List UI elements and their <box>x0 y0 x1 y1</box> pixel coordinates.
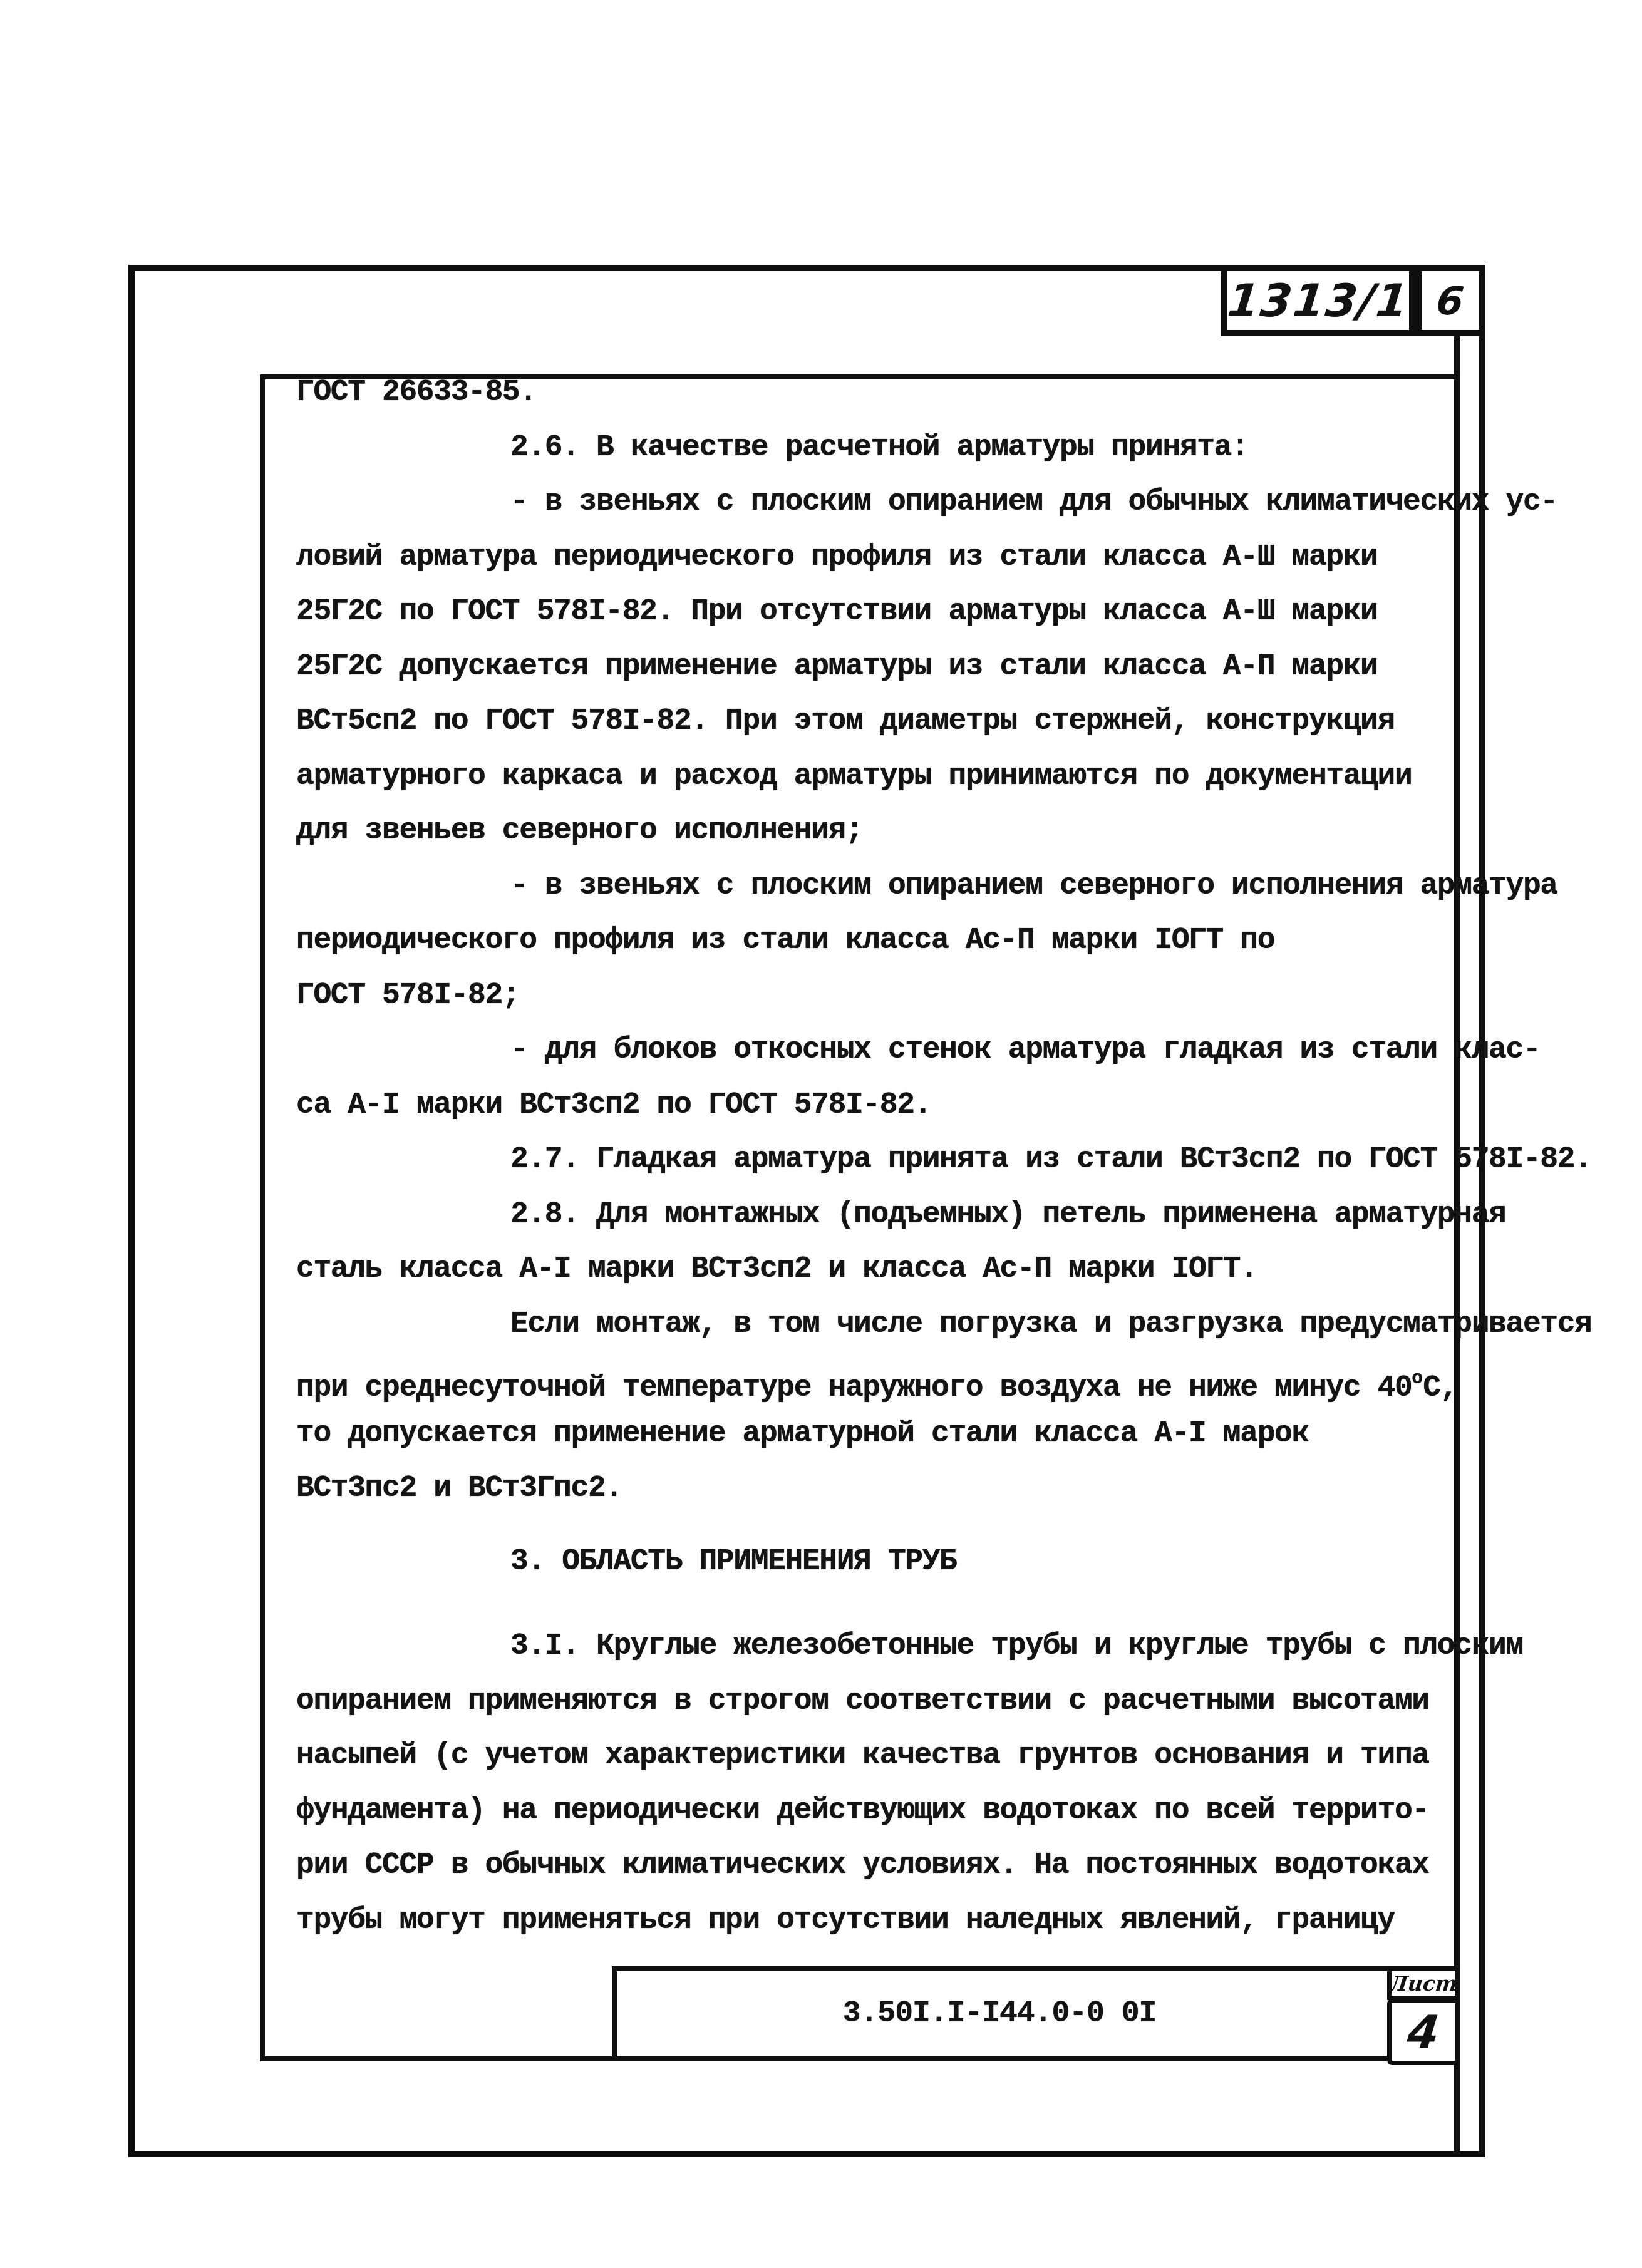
text-line: 25Г2С допускается применение арматуры из… <box>296 640 1474 695</box>
header-sheet-box: 6 <box>1415 265 1485 336</box>
text-line: то допускается применение арматурной ста… <box>296 1407 1474 1462</box>
header-sheet-number: 6 <box>1435 278 1467 324</box>
section-heading: 3. ОБЛАСТЬ ПРИМЕНЕНИЯ ТРУБ <box>296 1535 1474 1590</box>
text-segment: С, <box>1423 1371 1457 1405</box>
text-line: периодического профиля из стали класса А… <box>296 914 1474 969</box>
text-line: рии СССР в обычных климатических условия… <box>296 1838 1474 1894</box>
scanned-document-page: 1313/1 6 ГОСТ 26633-85. 2.6. В качестве … <box>0 0 1642 2268</box>
sheet-number: 4 <box>1405 2006 1442 2058</box>
text-line: трубы могут применяться при отсутствии н… <box>296 1894 1474 1949</box>
document-designation: 3.50I.I-I44.0-0 0I <box>612 1966 1387 2061</box>
sheet-number-cell: 4 <box>1387 1999 1460 2065</box>
text-line-with-superscript: при среднесуточной температуре наружного… <box>296 1352 1474 1407</box>
text-line: 3.I. Круглые железобетонные трубы и круг… <box>296 1619 1474 1674</box>
text-line: сталь класса А-I марки ВСт3сп2 и класса … <box>296 1242 1474 1297</box>
text-line: 2.8. Для монтажных (подъемных) петель пр… <box>296 1188 1474 1243</box>
header-reference-box: 1313/1 <box>1221 265 1415 336</box>
text-line: - в звеньях с плоским опиранием для обыч… <box>296 475 1474 530</box>
text-line: ловий арматура периодического профиля из… <box>296 530 1474 585</box>
sheet-label-cell: Лист <box>1387 1966 1460 2000</box>
text-line: ВСт3пс2 и ВСт3Гпс2. <box>296 1461 1474 1517</box>
text-line: 25Г2С по ГОСТ 578I-82. При отсутствии ар… <box>296 585 1474 640</box>
text-line: ВСт5сп2 по ГОСТ 578I-82. При этом диамет… <box>296 694 1474 750</box>
text-line: - в звеньях с плоским опиранием северног… <box>296 859 1474 914</box>
text-line: 2.7. Гладкая арматура принята из стали В… <box>296 1133 1474 1188</box>
degree-superscript: о <box>1412 1368 1423 1389</box>
text-line: ГОСТ 26633-85. <box>296 366 1474 421</box>
text-line: Если монтаж, в том числе погрузка и разг… <box>296 1297 1474 1353</box>
text-segment: при среднесуточной температуре наружного… <box>296 1371 1412 1405</box>
document-body: ГОСТ 26633-85. 2.6. В качестве расчетной… <box>296 366 1474 1948</box>
text-line: фундамента) на периодически действующих … <box>296 1784 1474 1839</box>
text-line: ГОСТ 578I-82; <box>296 969 1474 1024</box>
document-reference-number: 1313/1 <box>1225 274 1412 327</box>
text-line: - для блоков откосных стенок арматура гл… <box>296 1023 1474 1078</box>
text-line: для звеньев северного исполнения; <box>296 804 1474 859</box>
text-line: са А-I марки ВСт3сп2 по ГОСТ 578I-82. <box>296 1078 1474 1133</box>
sheet-label: Лист <box>1388 1971 1459 1996</box>
text-line: арматурного каркаса и расход арматуры пр… <box>296 750 1474 805</box>
text-line: насыпей (с учетом характеристики качеств… <box>296 1729 1474 1784</box>
text-line: 2.6. В качестве расчетной арматуры приня… <box>296 421 1474 476</box>
text-line: опиранием применяются в строгом соответс… <box>296 1674 1474 1729</box>
